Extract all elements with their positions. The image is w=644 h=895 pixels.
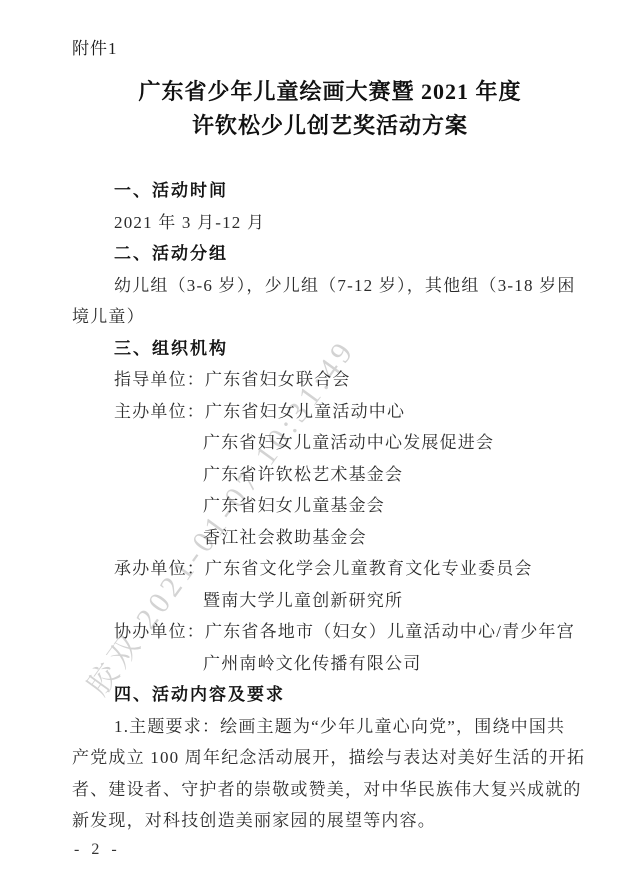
document-line: 境儿童） [72, 301, 588, 333]
document-title-line1: 广东省少年儿童绘画大赛暨 2021 年度 [72, 75, 588, 109]
document-line: 广东省妇女儿童基金会 [72, 490, 588, 522]
section-heading-4: 四、活动内容及要求 [72, 679, 588, 711]
document-line: 广东省妇女儿童活动中心发展促进会 [72, 427, 588, 459]
document-title-line2: 许钦松少儿创艺奖活动方案 [72, 109, 588, 143]
document-line: 协办单位：广东省各地市（妇女）儿童活动中心/青少年宫 [72, 616, 588, 648]
document-line: 广州南岭文化传播有限公司 [72, 648, 588, 680]
section-heading-1: 一、活动时间 [72, 175, 588, 207]
document-line: 产党成立 100 周年纪念活动展开，描绘与表达对美好生活的开拓 [72, 742, 588, 774]
document-title: 广东省少年儿童绘画大赛暨 2021 年度 许钦松少儿创艺奖活动方案 [72, 75, 588, 143]
section-heading-2: 二、活动分组 [72, 238, 588, 270]
document-line: 指导单位：广东省妇女联合会 [72, 364, 588, 396]
page-number: - 2 - [74, 841, 121, 859]
document-line: 香江社会救助基金会 [72, 522, 588, 554]
document-line: 者、建设者、守护者的崇敬或赞美，对中华民族伟大复兴成就的 [72, 774, 588, 806]
document-content: 附件1 广东省少年儿童绘画大赛暨 2021 年度 许钦松少儿创艺奖活动方案 一、… [72, 34, 588, 837]
document-line: 1.主题要求：绘画主题为“少年儿童心向党”，围绕中国共 [72, 711, 588, 743]
document-line: 2021 年 3 月-12 月 [72, 207, 588, 239]
attachment-label: 附件1 [72, 34, 588, 59]
document-line: 广东省许钦松艺术基金会 [72, 459, 588, 491]
document-line: 承办单位：广东省文化学会儿童教育文化专业委员会 [72, 553, 588, 585]
document-line: 暨南大学儿童创新研究所 [72, 585, 588, 617]
document-body: 一、活动时间 2021 年 3 月-12 月 二、活动分组 幼儿组（3-6 岁）… [72, 175, 588, 837]
document-line: 新发现，对科技创造美丽家园的展望等内容。 [72, 805, 588, 837]
scanned-document-page: 胶双 2021-01-07 10:31:49 附件1 广东省少年儿童绘画大赛暨 … [0, 0, 644, 895]
section-heading-3: 三、组织机构 [72, 333, 588, 365]
document-line: 幼儿组（3-6 岁），少儿组（7-12 岁），其他组（3-18 岁困 [72, 270, 588, 302]
document-line: 主办单位：广东省妇女儿童活动中心 [72, 396, 588, 428]
